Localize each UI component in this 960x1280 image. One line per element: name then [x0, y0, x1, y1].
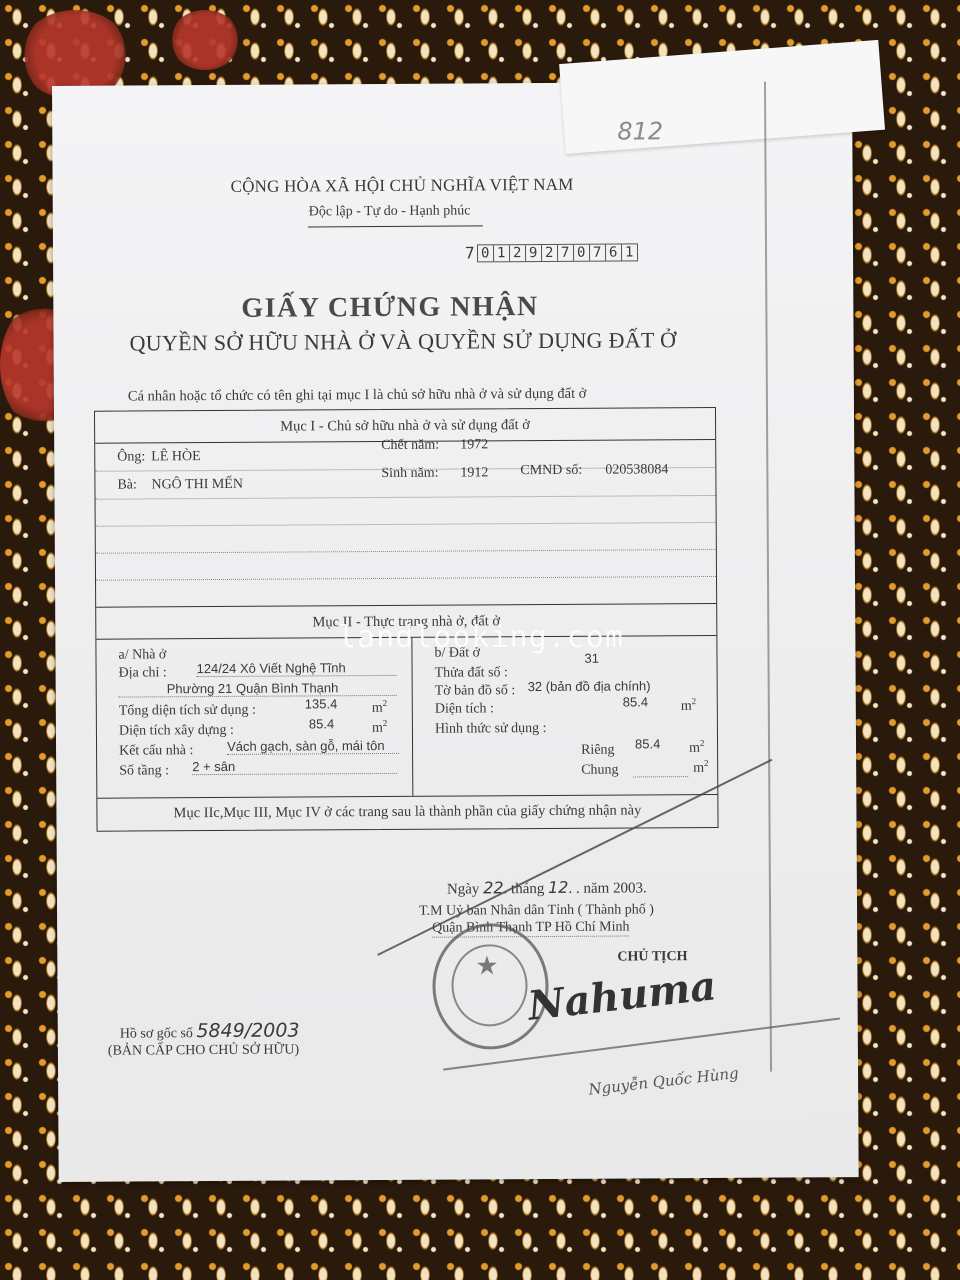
structure-value: Vách gạch, sàn gỗ, mái tôn [227, 738, 399, 755]
blank-row [96, 577, 716, 607]
area-value: 85.4 [623, 694, 648, 709]
house-column: a/ Nhà ở Địa chỉ : 124/24 Xô Viết Nghệ T… [96, 638, 413, 798]
map-value: 32 (bản đồ địa chính) [528, 678, 651, 694]
serial-number: 7 0 1 2 9 2 7 0 7 6 1 [465, 242, 638, 262]
private-value: 85.4 [635, 736, 660, 751]
record-value: 5849/2003 [196, 1020, 299, 1043]
serial-digit: 7 [590, 244, 606, 260]
owner2-label: Bà: [117, 477, 137, 493]
address-label: Địa chỉ : [119, 665, 167, 681]
owner2-row: Bà: NGÔ THI MẾN Sinh năm: 1912 CMND số: … [95, 468, 715, 500]
built-area-value: 85.4 [309, 716, 334, 731]
floors-label: Số tầng : [119, 763, 169, 779]
owner1-label: Ông: [117, 449, 145, 465]
land-column: b/ Đất ở 31 Thửa đất số : Tờ bản đồ số :… [412, 636, 717, 796]
parcel-label: Thửa đất số : [435, 665, 508, 681]
motto: Độc lập - Tự do - Hạnh phúc [309, 203, 471, 220]
unit: m [372, 701, 383, 716]
address-line1: 124/24 Xô Viết Nghệ Tĩnh [197, 660, 397, 677]
nation-heading: CỘNG HÒA XÃ HỘI CHỦ NGHĨA VIỆT NAM [231, 175, 574, 197]
map-label: Tờ bản đồ số : [435, 683, 516, 699]
year-value: 2003 [613, 880, 643, 896]
total-area-value: 135.4 [305, 696, 338, 711]
blank-row [96, 523, 716, 554]
built-area-label: Diện tích xây dựng : [119, 723, 234, 740]
intro-text: Cá nhân hoặc tổ chức có tên ghi tại mục … [128, 386, 587, 406]
document-title: GIẤY CHỨNG NHẬN [241, 291, 539, 325]
total-area-label: Tổng diện tích sử dụng : [119, 703, 256, 720]
owner2-name: NGÔ THI MẾN [151, 477, 243, 494]
serial-prefix: 7 [465, 243, 475, 262]
id-number: 020538084 [605, 462, 668, 478]
issue-date: Ngày 22. tháng 12. . năm 2003. [447, 877, 647, 898]
address-line2: Phường 21 Quận Bình Thạnh [119, 680, 397, 698]
chairman-title: CHỦ TỊCH [617, 949, 687, 965]
unit: m [693, 761, 704, 776]
area-label: Diện tích : [435, 701, 494, 717]
unit: m [372, 721, 383, 736]
owner1-name: LÊ HÒE [151, 449, 200, 465]
usage-label: Hình thức sử dụng : [435, 721, 547, 738]
document-subtitle: QUYỀN SỞ HỮU NHÀ Ở VÀ QUYỀN SỬ DỤNG ĐẤT … [129, 327, 676, 356]
area-unit: m2 [681, 696, 697, 715]
floors-value: 2 + sân [192, 758, 397, 775]
year-label: năm [583, 881, 609, 897]
unit-sup: 2 [704, 758, 709, 768]
serial-digit: 0 [574, 244, 590, 260]
death-year: 1972 [460, 437, 488, 453]
unit-sup: 2 [383, 718, 388, 728]
unit-sup: 2 [383, 698, 388, 708]
month-label: tháng [511, 881, 544, 897]
death-label: Chết năm: [381, 438, 439, 454]
day-label: Ngày [447, 881, 480, 897]
frame-border [764, 82, 772, 1072]
blank-row [96, 496, 716, 527]
serial-digit: 2 [542, 244, 558, 260]
birth-year: 1912 [460, 465, 488, 481]
serial-boxes: 0 1 2 9 2 7 0 7 6 1 [477, 243, 638, 262]
private-unit: m2 [689, 738, 705, 757]
birth-label: Sinh năm: [381, 466, 438, 482]
shared-unit: m2 [693, 758, 709, 777]
copy-note: (BẢN CẤP CHO CHỦ SỞ HỮU) [108, 1043, 299, 1060]
structure-label: Kết cấu nhà : [119, 743, 193, 759]
record-number: Hồ sơ gốc số 5849/2003 [120, 1020, 300, 1043]
house-label: a/ Nhà ở [118, 647, 166, 663]
id-label: CMND số: [520, 463, 582, 479]
record-label: Hồ sơ gốc số [120, 1026, 193, 1041]
shared-label: Chung [581, 763, 618, 779]
private-label: Riêng [581, 743, 615, 759]
unit-sup: 2 [700, 738, 705, 748]
section2-body: a/ Nhà ở Địa chỉ : 124/24 Xô Viết Nghệ T… [96, 636, 717, 798]
motto-underline [308, 225, 483, 227]
serial-digit: 1 [622, 244, 637, 260]
built-area-unit: m2 [372, 718, 388, 737]
month-value: 12 [548, 878, 568, 897]
serial-digit: 6 [606, 244, 622, 260]
footer-note: Mục IIc,Mục III, Mục IV ở các trang sau … [97, 794, 717, 831]
serial-digit: 7 [558, 244, 574, 260]
watermark: landlooking.com [338, 620, 624, 655]
shared-value [633, 762, 688, 777]
handwritten-note: 812 [617, 117, 663, 145]
seal-star-icon: ★ [475, 951, 498, 981]
serial-digit: 1 [494, 245, 510, 261]
signature: Nahuma [526, 962, 719, 1030]
signer-name: Nguyễn Quốc Hùng [588, 1064, 740, 1099]
serial-digit: 2 [510, 245, 526, 261]
paper-fold [559, 40, 885, 154]
serial-digit: 9 [526, 245, 542, 261]
unit: m [681, 699, 692, 714]
blank-row [96, 550, 716, 581]
total-area-unit: m2 [372, 698, 388, 717]
unit-sup: 2 [692, 696, 697, 706]
fabric-flower [170, 10, 240, 70]
unit: m [689, 741, 700, 756]
serial-digit: 0 [478, 245, 494, 261]
